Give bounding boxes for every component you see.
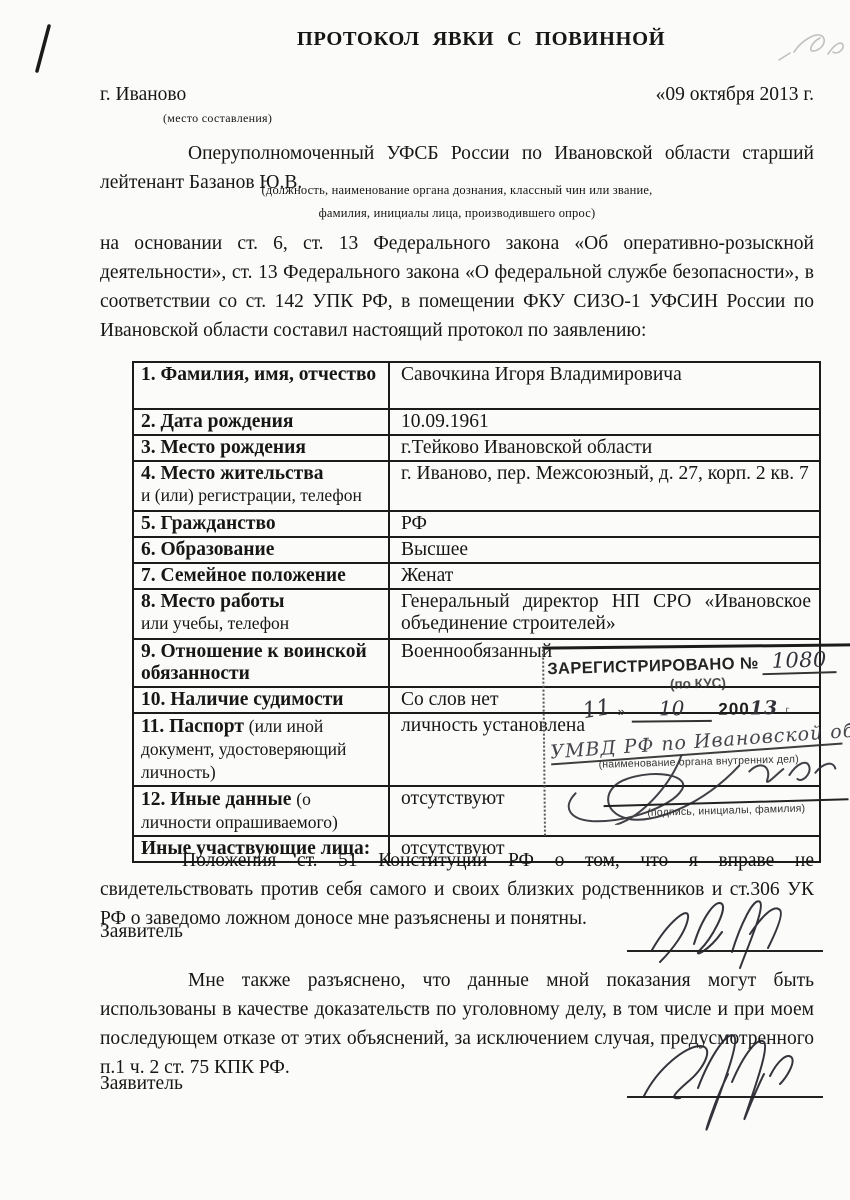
stamp-date-day-handwritten: 11 bbox=[581, 695, 613, 724]
row-label: 6. Образование bbox=[141, 539, 274, 560]
stamp-date-line: 11 » 10 20013 г. bbox=[545, 694, 850, 723]
stamp-registered-number-handwritten: 1080 bbox=[762, 647, 836, 675]
row-label: 8. Место работы bbox=[141, 591, 285, 612]
row-value: г. Иваново, пер. Межсоюзный, д. 27, корп… bbox=[389, 461, 820, 511]
officer-caption-line1: (должность, наименование органа дознания… bbox=[100, 183, 814, 198]
table-row: 1. Фамилия, имя, отчество Савочкина Игор… bbox=[133, 362, 820, 409]
applicant-signature-1 bbox=[632, 888, 812, 974]
stamp-signature-zone: (подпись, инициалы, фамилия) bbox=[545, 766, 850, 819]
row-value: Генеральный директор НП СРО «Ивановское … bbox=[389, 589, 820, 639]
row-value: г.Тейково Ивановской области bbox=[389, 435, 820, 461]
row-label: 9. Отношение к воинской обязанности bbox=[141, 641, 367, 684]
row-label-note: и (или) регистрации, телефон bbox=[141, 485, 384, 505]
table-row: 4. Место жительстваи (или) регистрации, … bbox=[133, 461, 820, 511]
row-label: 1. Фамилия, имя, отчество bbox=[141, 364, 376, 385]
stamp-date-suffix: г. bbox=[785, 703, 791, 717]
row-value: Савочкина Игоря Владимировича bbox=[389, 362, 820, 409]
table-row: 5. Гражданство РФ bbox=[133, 511, 820, 537]
scanned-protocol-page: { "colors": { "paper": "#fbfbf9", "ink":… bbox=[0, 0, 850, 1200]
row-label: 2. Дата рождения bbox=[141, 411, 293, 432]
table-row: 6. Образование Высшее bbox=[133, 537, 820, 563]
document-date: «09 октября 2013 г. bbox=[656, 84, 814, 106]
applicant-label-1: Заявитель bbox=[100, 921, 183, 943]
row-value: Женат bbox=[389, 563, 820, 589]
applicant-signature-2 bbox=[628, 1022, 818, 1138]
row-label: 7. Семейное положение bbox=[141, 565, 346, 586]
row-label: 12. Иные данные bbox=[141, 789, 291, 810]
table-row: 3. Место рождения г.Тейково Ивановской о… bbox=[133, 435, 820, 461]
place-of-drafting: г. Иваново bbox=[100, 84, 186, 106]
signature-line-1 bbox=[627, 950, 823, 952]
row-label: 4. Место жительства bbox=[141, 463, 324, 484]
row-value: Высшее bbox=[389, 537, 820, 563]
officer-caption-line2: фамилия, инициалы лица, производившего о… bbox=[100, 206, 814, 221]
table-row: 2. Дата рождения 10.09.1961 bbox=[133, 409, 820, 435]
place-date-row: г. Иваново «09 октября 2013 г. bbox=[100, 84, 814, 106]
row-label: 10. Наличие судимости bbox=[141, 689, 344, 710]
row-label: 11. Паспорт bbox=[141, 716, 244, 737]
legal-basis-paragraph: на основании ст. 6, ст. 13 Федерального … bbox=[100, 229, 814, 345]
stamp-date-year: 20013 bbox=[718, 697, 778, 720]
table-row: 8. Место работыили учебы, телефон Генера… bbox=[133, 589, 820, 639]
row-label: 5. Гражданство bbox=[141, 513, 276, 534]
row-label-note: или учебы, телефон bbox=[141, 613, 384, 633]
place-caption: (место составления) bbox=[163, 111, 272, 126]
stamp-date-quote: » bbox=[618, 704, 625, 719]
document-title: ПРОТОКОЛ ЯВКИ С ПОВИННОЙ bbox=[0, 28, 850, 51]
row-value: 10.09.1961 bbox=[389, 409, 820, 435]
signature-line-2 bbox=[627, 1096, 823, 1098]
row-label: 3. Место рождения bbox=[141, 437, 306, 458]
stamp-date-year-handwritten: 13 bbox=[750, 697, 779, 719]
stamp-date-month-handwritten: 10 bbox=[632, 696, 712, 723]
applicant-label-2: Заявитель bbox=[100, 1073, 183, 1095]
row-value: РФ bbox=[389, 511, 820, 537]
table-row: 7. Семейное положение Женат bbox=[133, 563, 820, 589]
registration-stamp: ЗАРЕГИСТРИРОВАНО №1080 (по КУС) 11 » 10 … bbox=[542, 643, 850, 835]
